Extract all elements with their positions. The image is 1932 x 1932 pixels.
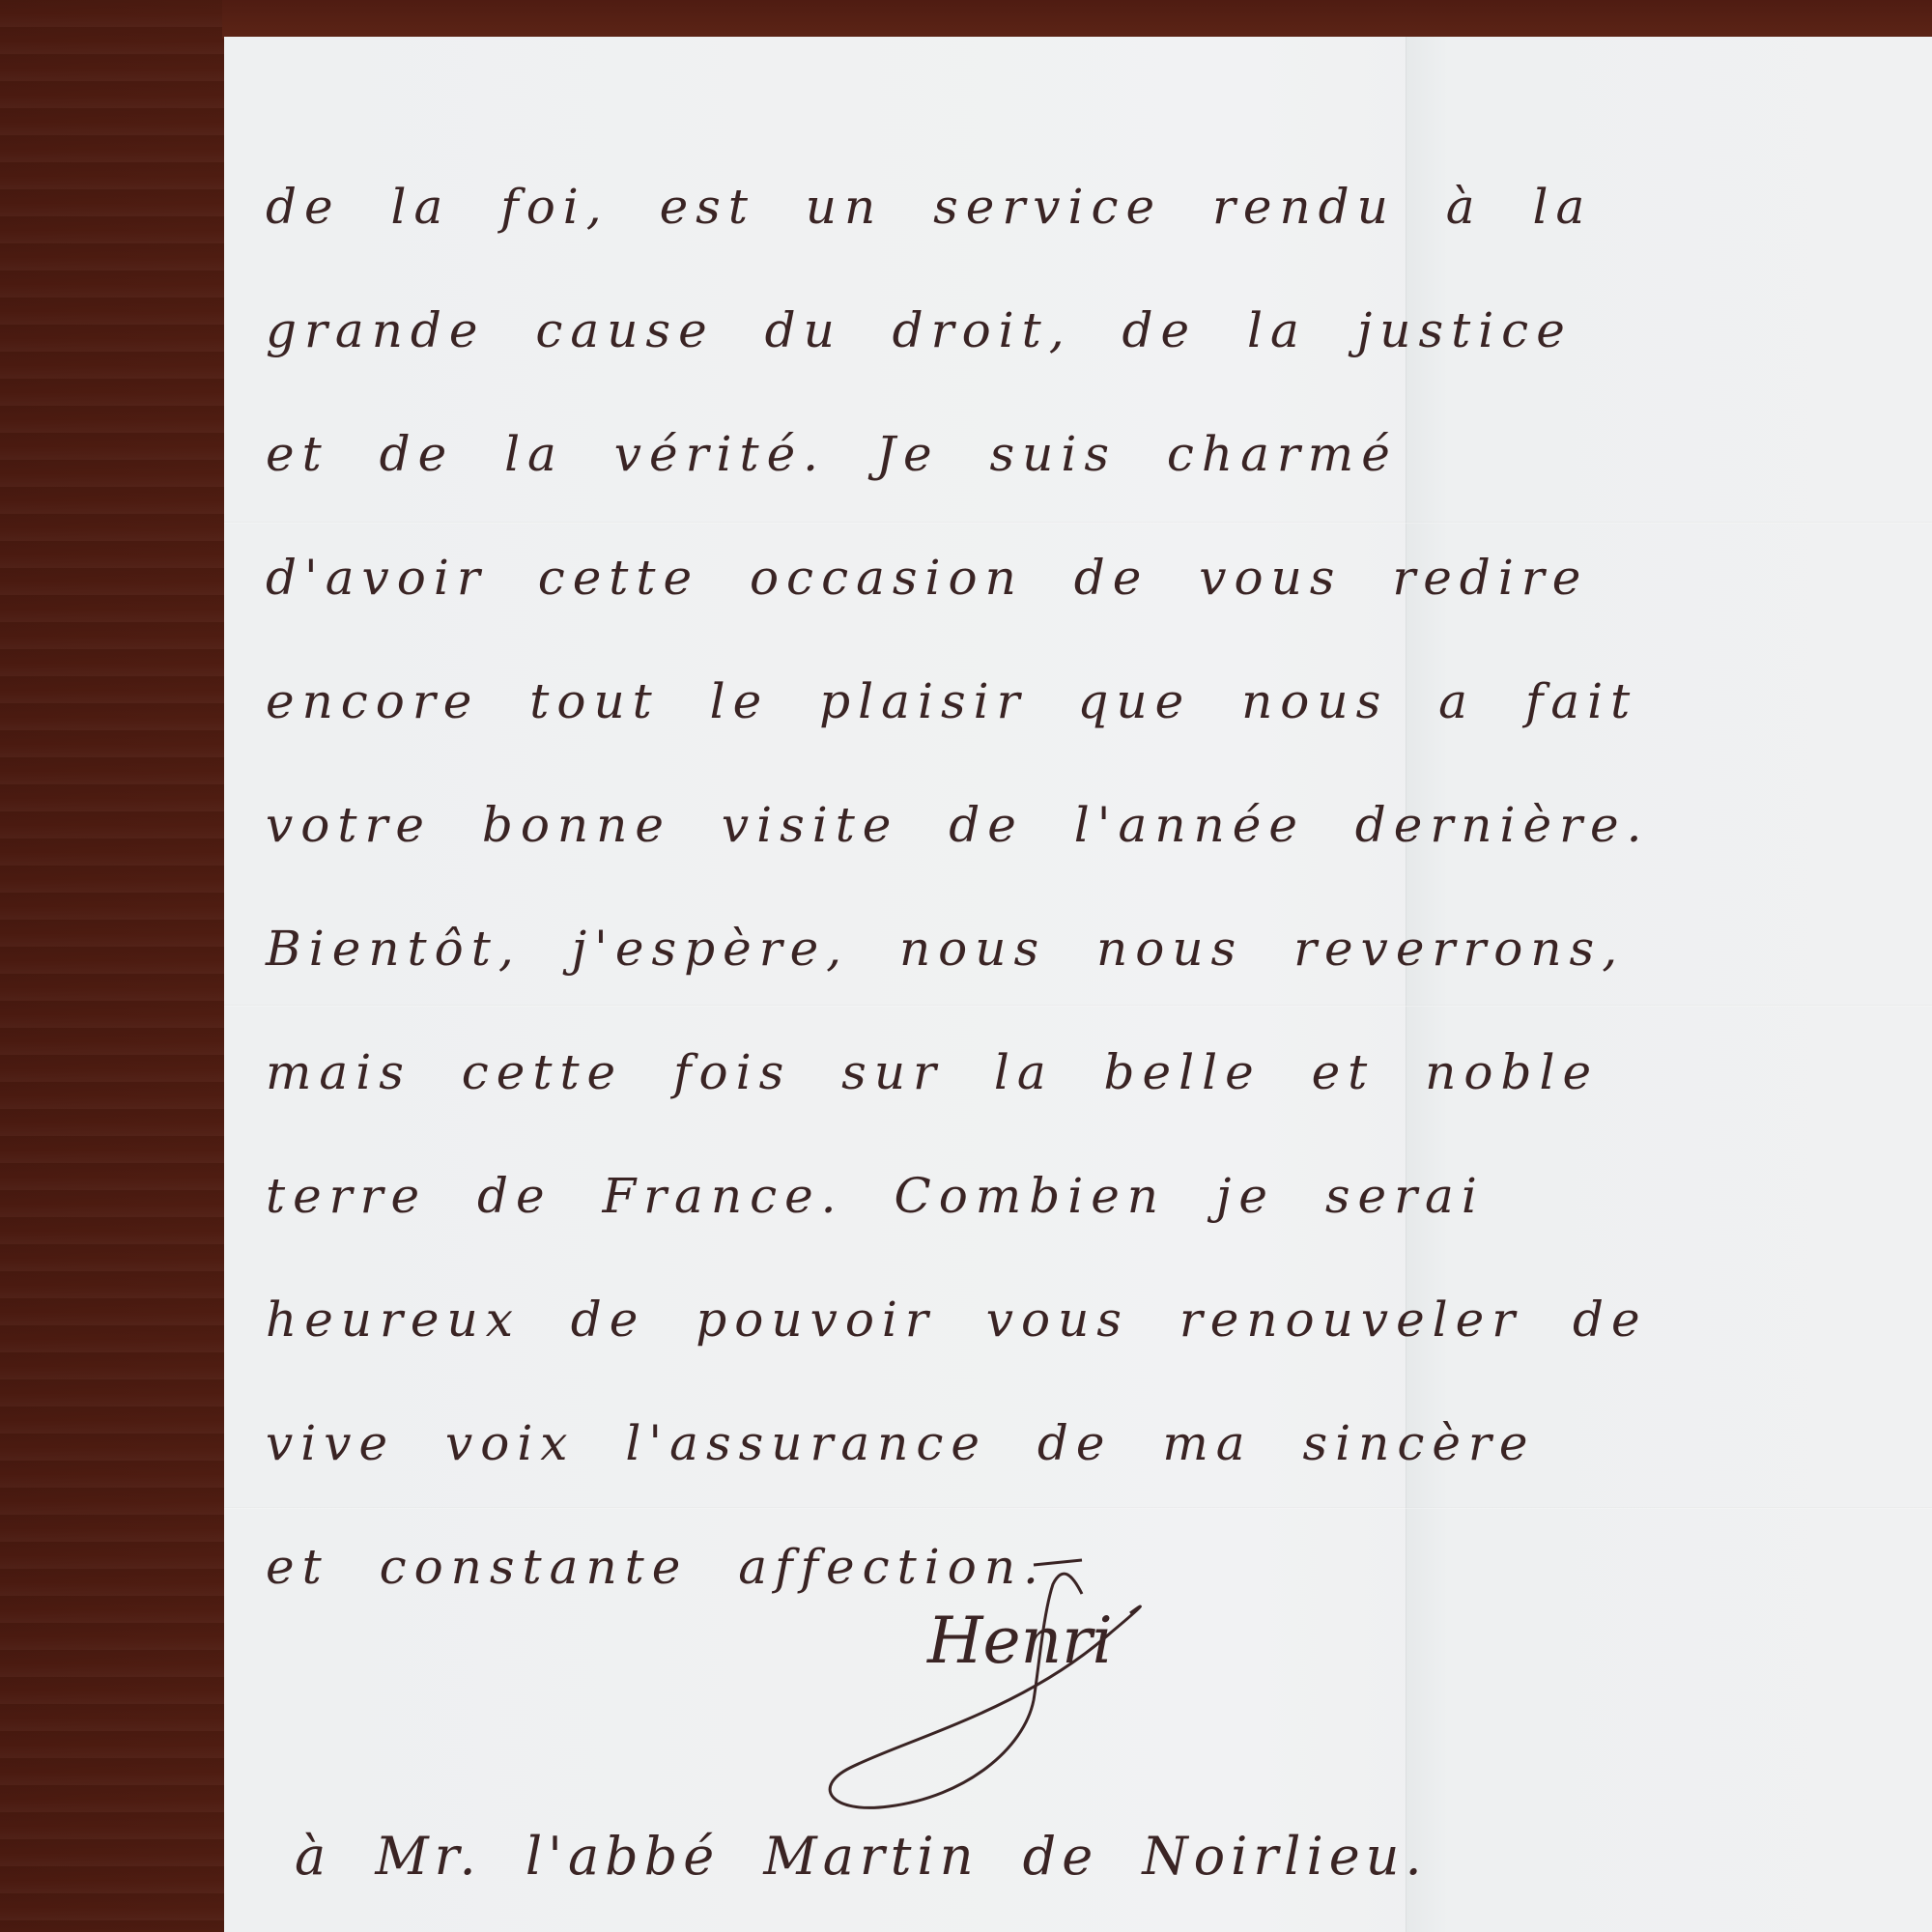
letter-line: mais cette fois sur la belle et noble <box>266 1010 1386 1134</box>
letter-line: grande cause du droit, de la justice <box>266 269 1386 392</box>
letter-line: Bientôt, j'espère, nous nous reverrons, <box>266 887 1386 1010</box>
letter-line: vive voix l'assurance de ma sincère <box>266 1381 1386 1505</box>
signature-flourish-icon <box>792 1555 1217 1826</box>
signature: Henri <box>927 1604 1113 1678</box>
addressee-line: à Mr. l'abbé Martin de Noirlieu. <box>295 1826 1428 1887</box>
letter-body: de la foi, est un service rendu à la gra… <box>266 145 1386 1629</box>
letter-line: d'avoir cette occasion de vous redire <box>266 516 1386 639</box>
letter-line: de la foi, est un service rendu à la <box>266 145 1386 269</box>
letter-line: encore tout le plaisir que nous a fait <box>266 639 1386 763</box>
letter-line: heureux de pouvoir vous renouveler de <box>266 1258 1386 1381</box>
letter-line: votre bonne visite de l'année dernière. <box>266 763 1386 887</box>
wooden-desk <box>222 0 1932 39</box>
letter-line: terre de France. Combien je serai <box>266 1134 1386 1258</box>
letter-line: et de la vérité. Je suis charmé <box>266 392 1386 516</box>
